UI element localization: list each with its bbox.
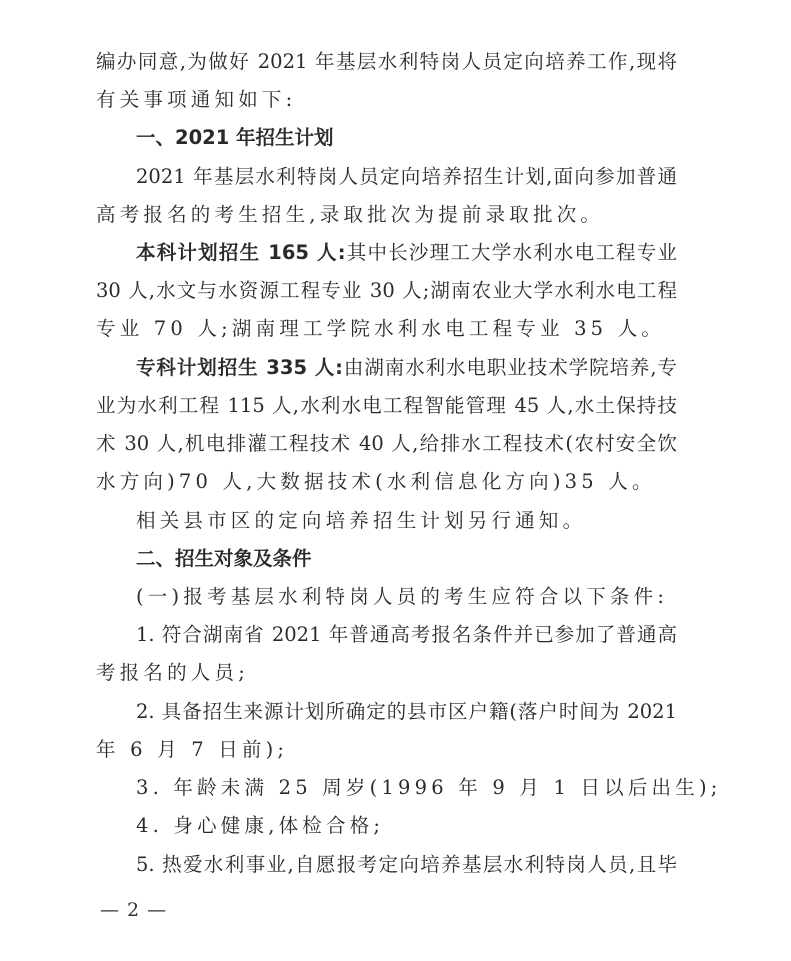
vocational-plan-line: 专科计划招生 335 人:由湖南水利水电职业技术学院培养,专 [136, 353, 677, 383]
paragraph-line: 编办同意,为做好 2021 年基层水利特岗人员定向培养工作,现将 [96, 47, 677, 77]
condition-item-4: 4. 身心健康,体检合格; [136, 811, 677, 841]
paragraph-line: 高考报名的考生招生,录取批次为提前录取批次。 [96, 200, 677, 230]
condition-item-2: 2. 具备招生来源计划所确定的县市区户籍(落户时间为 2021 [136, 697, 677, 727]
subsection-heading: (一)报考基层水利特岗人员的考生应符合以下条件: [136, 582, 677, 612]
undergrad-plan-line: 本科计划招生 165 人:其中长沙理工大学水利水电工程专业 [136, 238, 677, 268]
paragraph-line: 2021 年基层水利特岗人员定向培养招生计划,面向参加普通 [136, 162, 677, 192]
paragraph-line: 业为水利工程 115 人,水利水电工程智能管理 45 人,水土保持技 [96, 391, 677, 421]
paragraph-line: 专业 70 人;湖南理工学院水利水电工程专业 35 人。 [96, 314, 677, 344]
condition-item-5: 5. 热爱水利事业,自愿报考定向培养基层水利特岗人员,且毕 [136, 850, 677, 880]
section-heading-2: 二、招生对象及条件 [136, 544, 677, 574]
vocational-plan-label: 专科计划招生 335 人: [136, 356, 343, 379]
page-number: — 2 — [100, 895, 167, 925]
paragraph-line: 相关县市区的定向培养招生计划另行通知。 [136, 506, 677, 536]
condition-item-1: 1. 符合湖南省 2021 年普通高考报名条件并已参加了普通高 [136, 620, 677, 650]
section-heading-1: 一、2021 年招生计划 [136, 123, 677, 153]
condition-item-3: 3. 年龄未满 25 周岁(1996 年 9 月 1 日以后出生); [136, 773, 677, 803]
paragraph-line: 水方向)70 人,大数据技术(水利信息化方向)35 人。 [96, 467, 677, 497]
paragraph-line: 考报名的人员; [96, 658, 677, 688]
paragraph-line: 年 6 月 7 日前); [96, 735, 677, 765]
paragraph-line: 有关事项通知如下: [96, 85, 677, 115]
undergrad-plan-text: 其中长沙理工大学水利水电工程专业 [346, 241, 677, 264]
vocational-plan-text: 由湖南水利水电职业技术学院培养,专 [343, 356, 677, 379]
undergrad-plan-label: 本科计划招生 165 人: [136, 241, 346, 264]
paragraph-line: 30 人,水文与水资源工程专业 30 人;湖南农业大学水利水电工程 [96, 276, 677, 306]
document-page: 编办同意,为做好 2021 年基层水利特岗人员定向培养工作,现将 有关事项通知如… [0, 0, 791, 961]
paragraph-line: 术 30 人,机电排灌工程技术 40 人,给排水工程技术(农村安全饮 [96, 429, 677, 459]
